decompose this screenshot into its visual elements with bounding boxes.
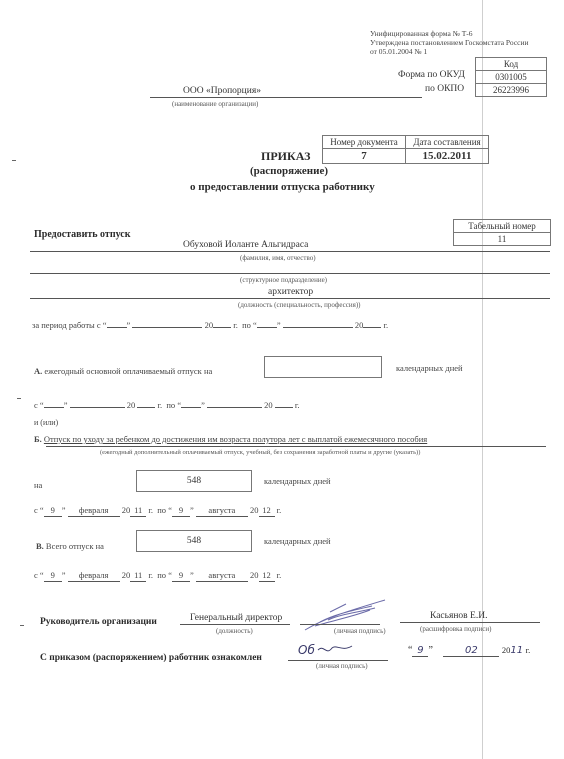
section-b-label: Отпуск по уходу за ребенком до достижени… [44,434,427,444]
to-word: по [157,570,166,580]
scan-speck [17,398,21,399]
organization-name: ООО «Пропорция» [183,86,261,96]
acknowledgement-month[interactable]: 02 [443,645,499,657]
section-v-days-field[interactable]: 548 [136,530,252,552]
tab-number-header: Табельный номер [454,220,551,233]
section-a-days-suffix: календарных дней [396,363,463,373]
section-v-month-from[interactable]: февраля [68,570,120,582]
section-v-label-row: В. Всего отпуск на [36,541,104,551]
okud-label: Форма по ОКУД [398,70,465,80]
department-underline [30,273,550,274]
acknowledgement-label: С приказом (распоряжением) работник озна… [40,653,262,663]
section-a-date-row: с “” 20 г. по “” 20 г. [34,396,300,410]
acknowledgement-date-row: “9” 02 2011 г. [408,645,530,657]
organization-caption: (наименование организации) [172,100,258,108]
codes-header: Код [476,58,547,71]
acknowledgement-year[interactable]: 11 [510,645,523,656]
head-position-caption: (должность) [216,627,253,635]
section-b-on-prefix: на [34,480,42,490]
year-prefix: 20 [264,400,273,410]
head-signature-underline [300,624,380,625]
section-b-days-suffix: календарных дней [264,476,331,486]
order-title: ПРИКАЗ [261,149,310,164]
employee-signature-caption: (личная подпись) [316,662,368,670]
work-period-day-to[interactable] [257,316,277,328]
doc-date-header: Дата составления [406,136,489,149]
employee-signature-underline [288,660,388,661]
doc-number: 7 [323,149,406,164]
section-b-letter: Б. [34,434,42,444]
section-v-day-from[interactable]: 9 [44,570,62,582]
year-prefix: 20 [122,505,131,515]
head-position: Генеральный директор [190,613,282,623]
section-v-day-to[interactable]: 9 [172,570,190,582]
section-b-days-field[interactable]: 548 [136,470,252,492]
approved-line: Утверждена постановлением Госкомстата Ро… [370,38,529,47]
year-prefix: 20 [355,320,364,330]
order-subject: о предоставлении отпуска работнику [190,181,375,193]
organization-underline [150,97,422,98]
section-a-days-field[interactable] [264,356,382,378]
codes-table: Код 0301005 26223996 [475,57,547,97]
year-prefix: 20 [250,505,259,515]
position-value: архитектор [268,287,313,297]
from-prefix: с [34,400,38,410]
work-period-month-from[interactable] [132,316,202,328]
section-b-caption: (ежегодный дополнительный оплачиваемый о… [100,449,420,456]
head-name-caption: (расшифровка подписи) [420,625,491,633]
year-prefix: 20 [205,320,214,330]
department-caption: (структурное подразделение) [240,276,327,284]
section-b-label-row: Б. Отпуск по уходу за ребенком до достиж… [34,434,427,444]
year-suffix: г. [526,645,531,655]
section-v-date-row: с “9” февраля 2011 г. по “9” августа 201… [34,570,281,582]
year-prefix: 20 [122,570,131,580]
acknowledgement-day[interactable]: 9 [412,645,428,657]
head-signature-caption: (личная подпись) [334,627,386,635]
year-suffix: г. [233,320,238,330]
year-prefix: 20 [250,570,259,580]
tab-number-table: Табельный номер 11 [453,219,551,246]
okpo-label: по ОКПО [425,84,464,94]
section-a-day-from[interactable] [44,396,64,408]
year-suffix: г. [295,400,300,410]
okpo-code: 26223996 [476,84,547,97]
year-prefix: 20 [127,400,136,410]
section-a-year-to[interactable] [275,396,293,408]
work-period-month-to[interactable] [283,316,353,328]
section-v-letter: В. [36,541,44,551]
year-suffix: г. [148,570,153,580]
approved-date: от 05.01.2004 № 1 [370,47,427,56]
from-prefix: с [34,570,38,580]
section-b-year-to[interactable]: 12 [259,505,275,517]
section-a-month-from[interactable] [70,396,125,408]
grant-label: Предоставить отпуск [34,229,130,240]
employee-name: Обуховой Иоланте Альгидраса [183,240,308,250]
scan-speck [12,160,16,161]
employee-signature-scrawl: Об [298,643,315,657]
work-period-row: за период работы с “” 20 г. по “” 20 г. [32,316,388,330]
tab-number-value: 11 [454,233,551,246]
head-label: Руководитель организации [40,617,157,627]
section-b-underline [46,446,546,447]
year-suffix: г. [383,320,388,330]
okud-code: 0301005 [476,71,547,84]
section-v-year-to[interactable]: 12 [259,570,275,582]
employee-underline [30,251,550,252]
work-period-year-from[interactable] [213,316,231,328]
document-number-date-table: Номер документа Дата составления 7 15.02… [322,135,489,164]
order-subtitle: (распоряжение) [250,165,328,177]
from-prefix: с [34,505,38,515]
to-word: по [157,505,166,515]
section-b-day-to[interactable]: 9 [172,505,190,517]
section-v-label: Всего отпуск на [46,541,104,551]
and-or-text: и (или) [34,418,58,427]
section-a-day-to[interactable] [181,396,201,408]
year-suffix: г. [277,505,282,515]
work-period-year-to[interactable] [363,316,381,328]
position-underline [30,298,550,299]
section-v-days-suffix: календарных дней [264,536,331,546]
year-suffix: г. [157,400,162,410]
section-a-label-row: А. ежегодный основной оплачиваемый отпус… [34,366,212,376]
work-period-day-from[interactable] [107,316,127,328]
section-a-label: ежегодный основной оплачиваемый отпуск н… [44,366,212,376]
section-v-year-from[interactable]: 11 [130,570,146,582]
section-b-month-from[interactable]: февраля [68,505,120,517]
employee-signature-tail [316,642,356,658]
scan-speck [20,625,24,626]
year-suffix: г. [148,505,153,515]
head-position-underline [180,624,290,625]
section-b-day-from[interactable]: 9 [44,505,62,517]
head-name-underline [400,622,540,623]
section-a-letter: А. [34,366,42,376]
employee-name-caption: (фамилия, имя, отчество) [240,254,316,262]
section-a-month-to[interactable] [207,396,262,408]
section-b-month-to[interactable]: августа [196,505,248,517]
section-a-year-from[interactable] [137,396,155,408]
year-suffix: г. [277,570,282,580]
doc-number-header: Номер документа [323,136,406,149]
work-period-prefix: за период работы с [32,320,101,330]
section-b-date-row: с “9” февраля 2011 г. по “9” августа 201… [34,505,281,517]
doc-date: 15.02.2011 [406,149,489,164]
section-b-year-from[interactable]: 11 [130,505,146,517]
section-v-month-to[interactable]: августа [196,570,248,582]
position-caption: (должность (специальность, профессия)) [238,301,360,309]
to-word: по [166,400,175,410]
form-title: Унифицированная форма № Т-6 [370,29,473,38]
head-name: Касьянов Е.И. [430,611,487,621]
to-word: по [242,320,251,330]
